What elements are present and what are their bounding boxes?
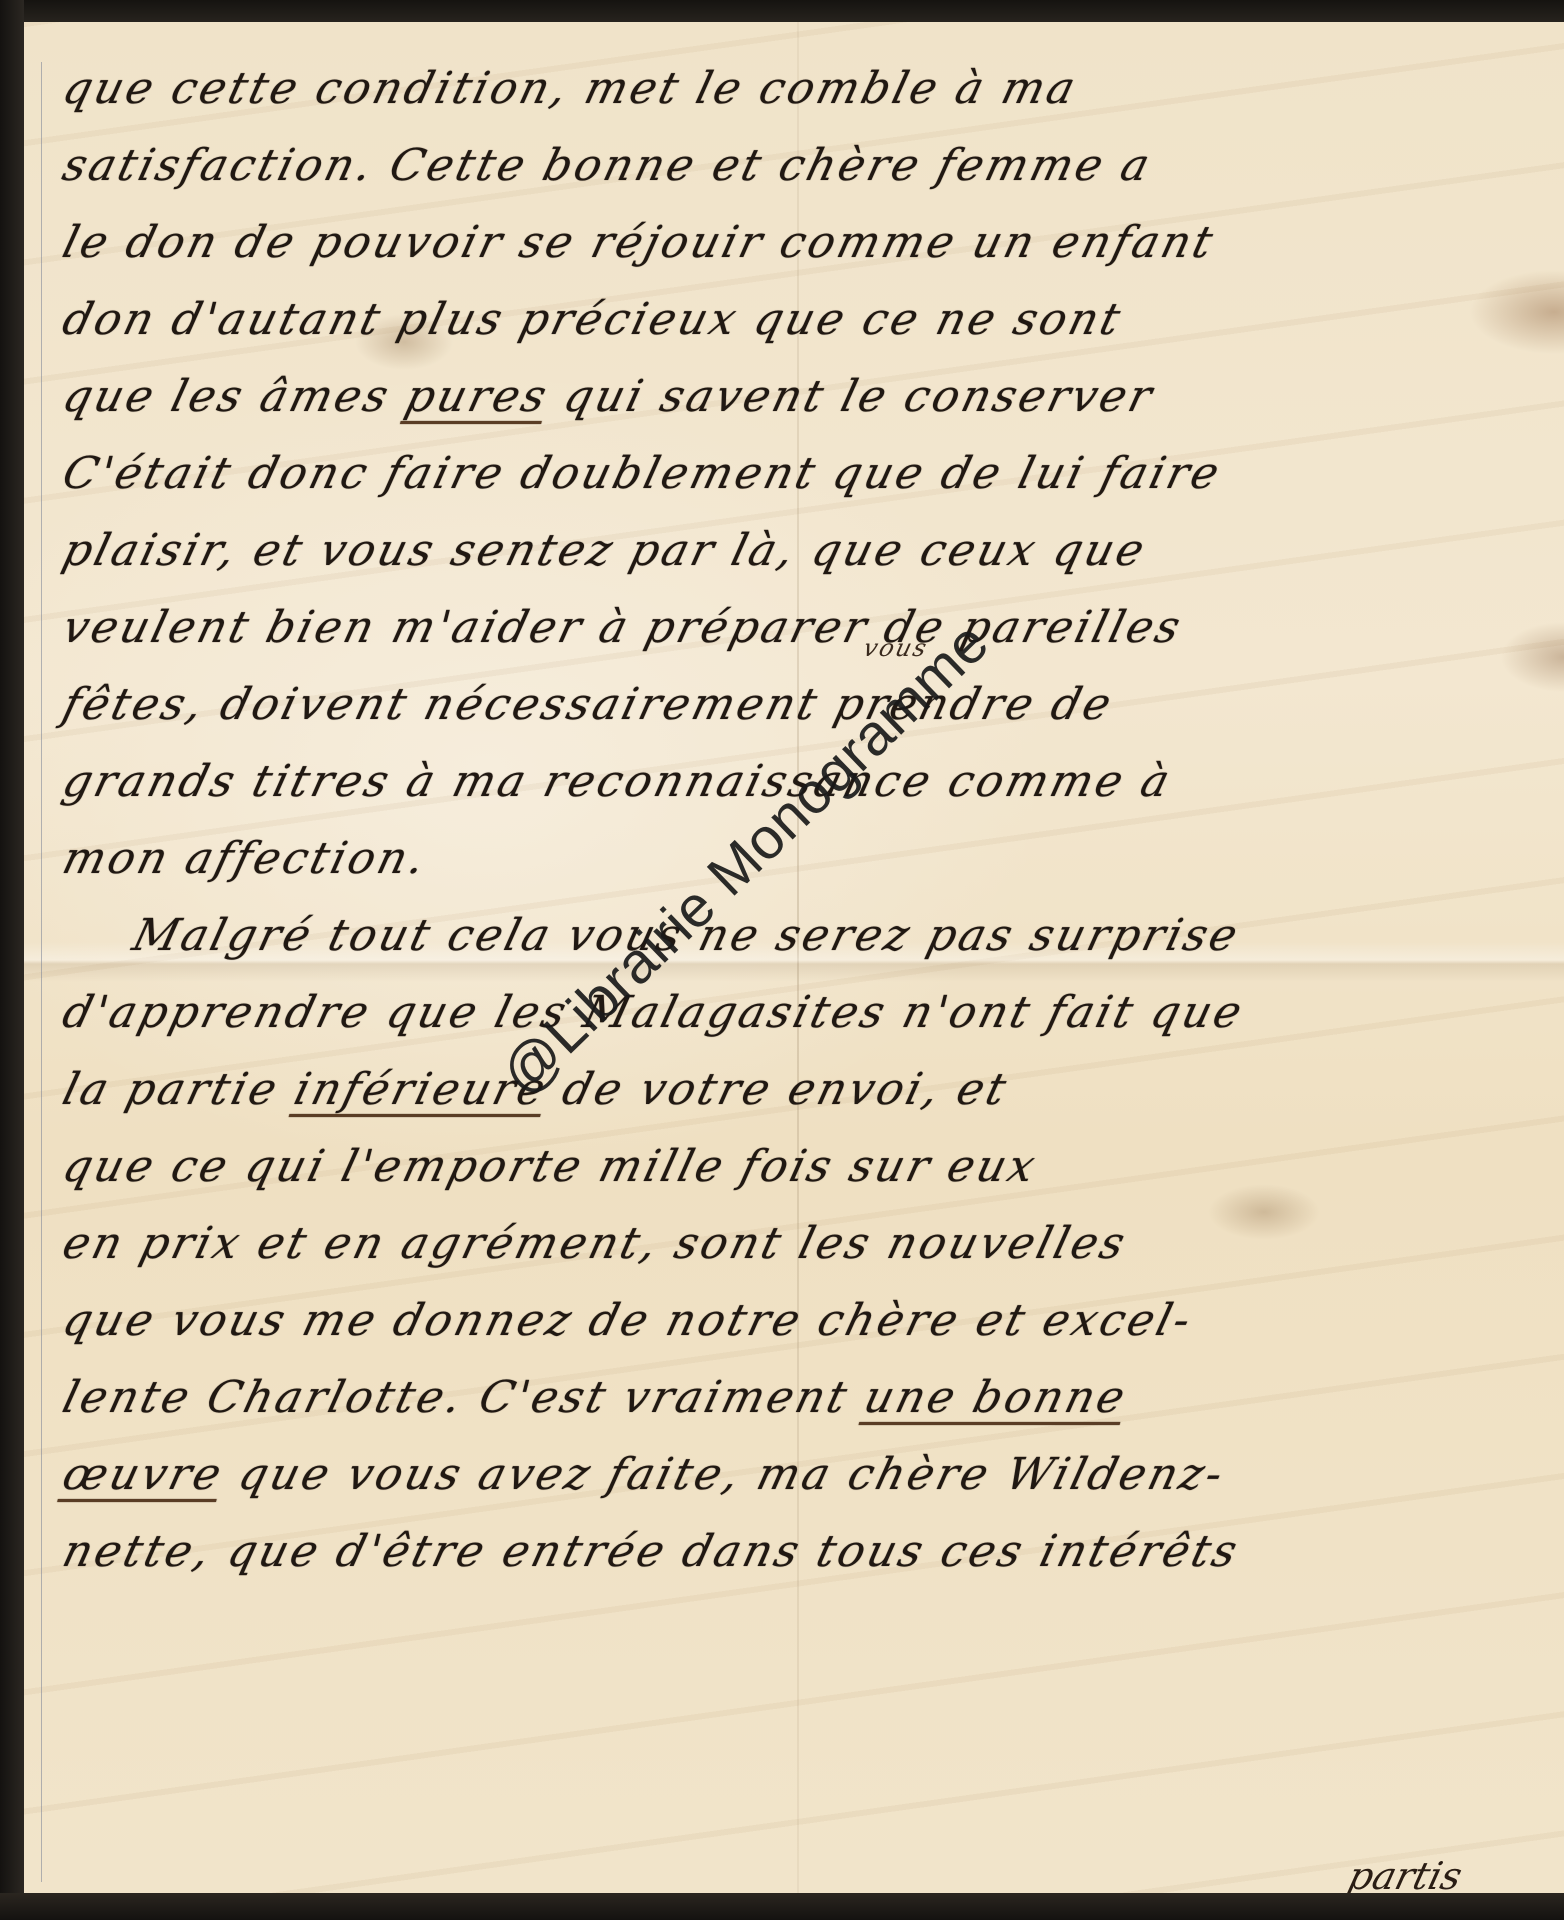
line-text: veulent bien m'aider à préparer de parei… <box>58 602 1188 653</box>
underlined-word: œuvre <box>58 1449 229 1500</box>
text-line-12: Malgré tout cela vous ne serez pas surpr… <box>54 897 1553 974</box>
line-text: don d'autant plus précieux que ce ne son… <box>58 294 1128 345</box>
line-text: C'était donc faire doublement que de lui… <box>58 448 1227 499</box>
underlined-word: pures <box>400 371 554 422</box>
text-line-13: d'apprendre que les Malagasites n'ont fa… <box>54 974 1553 1051</box>
text-line-4: don d'autant plus précieux que ce ne son… <box>54 281 1553 358</box>
line-text: la partie <box>58 1064 302 1115</box>
text-line-5: que les âmes pures qui savent le conserv… <box>54 358 1553 435</box>
margin-rule <box>41 62 42 1882</box>
catchword: partis <box>1344 1854 1467 1895</box>
text-line-14: la partie inférieure de votre envoi, et <box>54 1051 1553 1128</box>
line-text: qui savent le conserver <box>542 371 1160 422</box>
line-text: nette, que d'être entrée dans tous ces i… <box>58 1526 1245 1577</box>
line-text: en prix et en agrément, sont les nouvell… <box>58 1218 1133 1269</box>
text-line-7: plaisir, et vous sentez par là, que ceux… <box>54 512 1553 589</box>
text-line-19: œuvre que vous avez faite, ma chère Wild… <box>54 1436 1553 1513</box>
text-line-8: veulent bien m'aider à préparer de parei… <box>54 589 1553 666</box>
text-line-6: C'était donc faire doublement que de lui… <box>54 435 1553 512</box>
underlined-word: une bonne <box>859 1372 1133 1423</box>
line-text: satisfaction. Cette bonne et chère femme… <box>58 140 1158 191</box>
line-text: plaisir, et vous sentez par là, que ceux… <box>58 525 1152 576</box>
line-text: d'apprendre que les Malagasites n'ont fa… <box>58 987 1250 1038</box>
text-line-9: fêtes, doivent nécessairement prendre de <box>54 666 1553 743</box>
text-line-17: que vous me donnez de notre chère et exc… <box>54 1282 1553 1359</box>
letter-page: que cette condition, met le comble à ma … <box>24 22 1564 1895</box>
text-line-2: satisfaction. Cette bonne et chère femme… <box>54 127 1553 204</box>
text-line-16: en prix et en agrément, sont les nouvell… <box>54 1205 1553 1282</box>
line-text: que vous me donnez de notre chère et exc… <box>58 1295 1199 1346</box>
text-line-1: que cette condition, met le comble à ma <box>54 50 1553 127</box>
text-line-3: le don de pouvoir se réjouir comme un en… <box>54 204 1553 281</box>
text-line-20: nette, que d'être entrée dans tous ces i… <box>54 1513 1553 1590</box>
line-text: que les âmes <box>58 371 413 422</box>
text-line-18: lente Charlotte. C'est vraiment une bonn… <box>54 1359 1553 1436</box>
line-text: que cette condition, met le comble à ma <box>58 63 1083 114</box>
scan-border-bottom <box>0 1893 1564 1920</box>
line-text: que ce qui l'emporte mille fois sur eux <box>58 1141 1043 1192</box>
scan-border-left <box>0 0 24 1920</box>
line-text: de votre envoi, et <box>540 1064 1013 1115</box>
line-text: mon affection. <box>58 833 433 884</box>
line-text: que vous avez faite, ma chère Wildenz- <box>216 1449 1230 1500</box>
line-text: grands titres à ma reconnaissance comme … <box>58 756 1178 807</box>
line-text: le don de pouvoir se réjouir comme un en… <box>58 217 1221 268</box>
text-line-15: que ce qui l'emporte mille fois sur eux <box>54 1128 1553 1205</box>
line-text: lente Charlotte. C'est vraiment <box>58 1372 872 1423</box>
